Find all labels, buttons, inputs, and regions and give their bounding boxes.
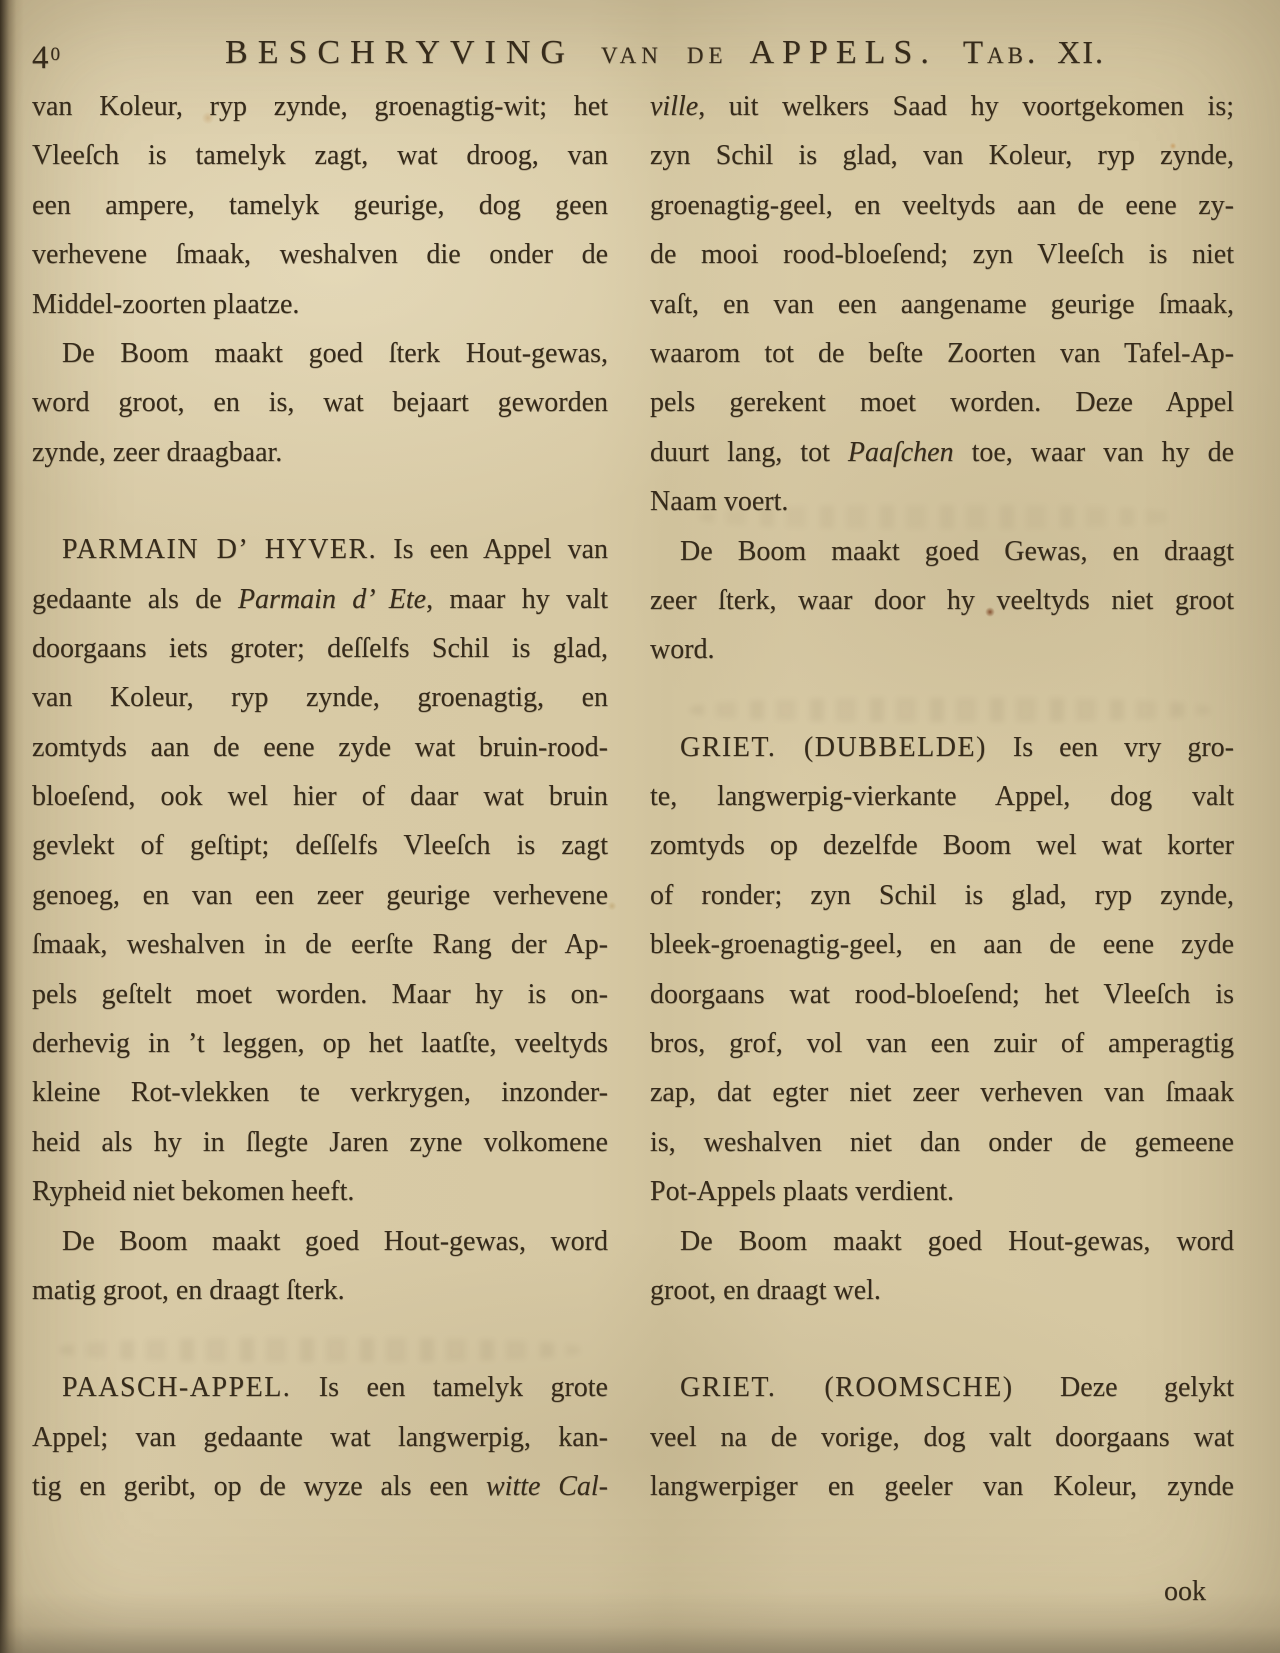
variety-name-caps: GRIET. (ROOMSCHE) xyxy=(680,1372,1014,1403)
text-line: word groot, en is, wat bejaart geworden xyxy=(32,378,608,427)
header-title: BESCHRYVING xyxy=(225,34,575,72)
text-line: Naam voert. xyxy=(650,477,1234,526)
text-line: van Koleur, ryp zynde, groenagtig-wit; h… xyxy=(32,82,608,131)
variety-name-caps: PARMAIN D’ HYVER. xyxy=(62,534,377,565)
text-line: GRIET. (DUBBELDE) Is een vry gro- xyxy=(650,723,1234,772)
book-page-scan: 40 BESCHRYVING van de APPELS. Tab. XI. v… xyxy=(0,0,1280,1653)
text-line: langwerpiger en geeler van Koleur, zynde xyxy=(650,1462,1234,1511)
column-left: van Koleur, ryp zynde, groenagtig-wit; h… xyxy=(32,82,608,1512)
text-line: duurt lang, tot Paaſchen toe, waar van h… xyxy=(650,428,1234,477)
text-line: vaſt, en van een aangename geurige ſmaak… xyxy=(650,280,1234,329)
header-tab-label: Tab. xyxy=(963,35,1039,72)
text-line: PAASCH-APPEL. Is een tamelyk grote xyxy=(32,1363,608,1412)
text-line: tig en geribt, op de wyze als een witte … xyxy=(32,1462,608,1511)
text-line: de mooi rood-bloeſend; zyn Vleeſch is ni… xyxy=(650,230,1234,279)
text-line: zomtyds op dezelfde Boom wel wat korter xyxy=(650,821,1234,870)
catchword: ook xyxy=(650,1576,1206,1608)
text-line: pels geſtelt moet worden. Maar hy is on- xyxy=(32,970,608,1019)
page-number-superscript: 0 xyxy=(51,44,63,65)
text-line: doorgaans iets groter; deſſelfs Schil is… xyxy=(32,624,608,673)
text-line: bros, grof, vol van een zuir of amperagt… xyxy=(650,1019,1234,1068)
italic-phrase: ville xyxy=(650,91,698,122)
paragraph: GRIET. (DUBBELDE) Is een vry gro-te, lan… xyxy=(650,723,1234,1217)
text-line: van Koleur, ryp zynde, groenagtig, en xyxy=(32,673,608,722)
italic-phrase: witte Cal- xyxy=(486,1471,608,1502)
text-line: zomtyds aan de eene zyde wat bruin-rood- xyxy=(32,723,608,772)
paragraph: van Koleur, ryp zynde, groenagtig-wit; h… xyxy=(32,82,608,329)
text-line: groenagtig-geel, en veeltyds aan de eene… xyxy=(650,181,1234,230)
text-line: Vleeſch is tamelyk zagt, wat droog, van xyxy=(32,131,608,180)
text-line: heid als hy in ſlegte Jaren zyne volkome… xyxy=(32,1118,608,1167)
paragraph: De Boom maakt goed Gewas, en draagtzeer … xyxy=(650,527,1234,675)
text-line: Middel-zoorten plaatze. xyxy=(32,280,608,329)
header-subject: APPELS. xyxy=(750,34,937,72)
text-line: pels gerekent moet worden. Deze Appel xyxy=(650,378,1234,427)
italic-phrase: Parmain d’ Ete xyxy=(238,584,426,615)
text-line: PARMAIN D’ HYVER. Is een Appel van xyxy=(32,525,608,574)
text-line: verhevene ſmaak, weshalven die onder de xyxy=(32,230,608,279)
text-line: De Boom maakt goed Gewas, en draagt xyxy=(650,527,1234,576)
text-line: Pot-Appels plaats verdient. xyxy=(650,1167,1234,1216)
text-line: bloeſend, ook wel hier of daar wat bruin xyxy=(32,772,608,821)
page-number: 40 xyxy=(32,40,62,77)
paragraph: De Boom maakt goed ſterk Hout-gewas,word… xyxy=(32,329,608,477)
text-line: genoeg, en van een zeer geurige verheven… xyxy=(32,871,608,920)
text-line: groot, en draagt wel. xyxy=(650,1266,1234,1315)
italic-phrase: Paaſchen xyxy=(848,437,954,468)
paragraph: GRIET. (ROOMSCHE) Deze gelyktveel na de … xyxy=(650,1363,1234,1511)
text-line: bleek-groenagtig-geel, en aan de eene zy… xyxy=(650,920,1234,969)
text-line: gevlekt of geſtipt; deſſelfs Vleeſch is … xyxy=(32,821,608,870)
paragraph: De Boom maakt goed Hout-gewas, wordmatig… xyxy=(32,1217,608,1316)
column-right: ville, uit welkers Saad hy voortgekomen … xyxy=(650,82,1234,1512)
text-line: zeer ſterk, waar door hy veeltyds niet g… xyxy=(650,576,1234,625)
text-line: De Boom maakt goed Hout-gewas, word xyxy=(32,1217,608,1266)
text-line: ſmaak, weshalven in de eerſte Rang der A… xyxy=(32,920,608,969)
paragraph: PARMAIN D’ HYVER. Is een Appel vangedaan… xyxy=(32,525,608,1216)
text-line: gedaante als de Parmain d’ Ete, maar hy … xyxy=(32,575,608,624)
text-line: zynde, zeer draagbaar. xyxy=(32,428,608,477)
text-line: derhevig in ’t leggen, op het laatſte, v… xyxy=(32,1019,608,1068)
variety-name-caps: PAASCH-APPEL. xyxy=(62,1372,291,1403)
header-connector-2: de xyxy=(687,43,728,69)
paragraph: De Boom maakt goed Hout-gewas, wordgroot… xyxy=(650,1217,1234,1316)
text-line: doorgaans wat rood-bloeſend; het Vleeſch… xyxy=(650,970,1234,1019)
text-line: te, langwerpig-vierkante Appel, dog valt xyxy=(650,772,1234,821)
text-line: zap, dat egter niet zeer verheven van ſm… xyxy=(650,1068,1234,1117)
header-tab-number: XI. xyxy=(1057,34,1105,71)
text-line: waarom tot de beſte Zoorten van Tafel-Ap… xyxy=(650,329,1234,378)
text-line: kleine Rot-vlekken te verkrygen, inzonde… xyxy=(32,1068,608,1117)
text-line: word. xyxy=(650,625,1234,674)
variety-name-caps: GRIET. (DUBBELDE) xyxy=(680,732,987,763)
text-line: is, weshalven niet dan onder de gemeene xyxy=(650,1118,1234,1167)
header-connector-1: van xyxy=(601,43,663,69)
text-line: ville, uit welkers Saad hy voortgekomen … xyxy=(650,82,1234,131)
text-line: of ronder; zyn Schil is glad, ryp zynde, xyxy=(650,871,1234,920)
text-line: Rypheid niet bekomen heeft. xyxy=(32,1167,608,1216)
page-gutter-shadow xyxy=(0,0,24,1653)
text-line: zyn Schil is glad, van Koleur, ryp zynde… xyxy=(650,131,1234,180)
running-header: BESCHRYVING van de APPELS. Tab. XI. xyxy=(110,34,1220,72)
text-line: GRIET. (ROOMSCHE) Deze gelykt xyxy=(650,1363,1234,1412)
text-line: veel na de vorige, dog valt doorgaans wa… xyxy=(650,1413,1234,1462)
text-line: matig groot, en draagt ſterk. xyxy=(32,1266,608,1315)
text-line: De Boom maakt goed Hout-gewas, word xyxy=(650,1217,1234,1266)
paragraph: ville, uit welkers Saad hy voortgekomen … xyxy=(650,82,1234,527)
text-line: De Boom maakt goed ſterk Hout-gewas, xyxy=(32,329,608,378)
paragraph: PAASCH-APPEL. Is een tamelyk groteAppel;… xyxy=(32,1363,608,1511)
text-line: Appel; van gedaante wat langwerpig, kan- xyxy=(32,1413,608,1462)
text-line: een ampere, tamelyk geurige, dog geen xyxy=(32,181,608,230)
